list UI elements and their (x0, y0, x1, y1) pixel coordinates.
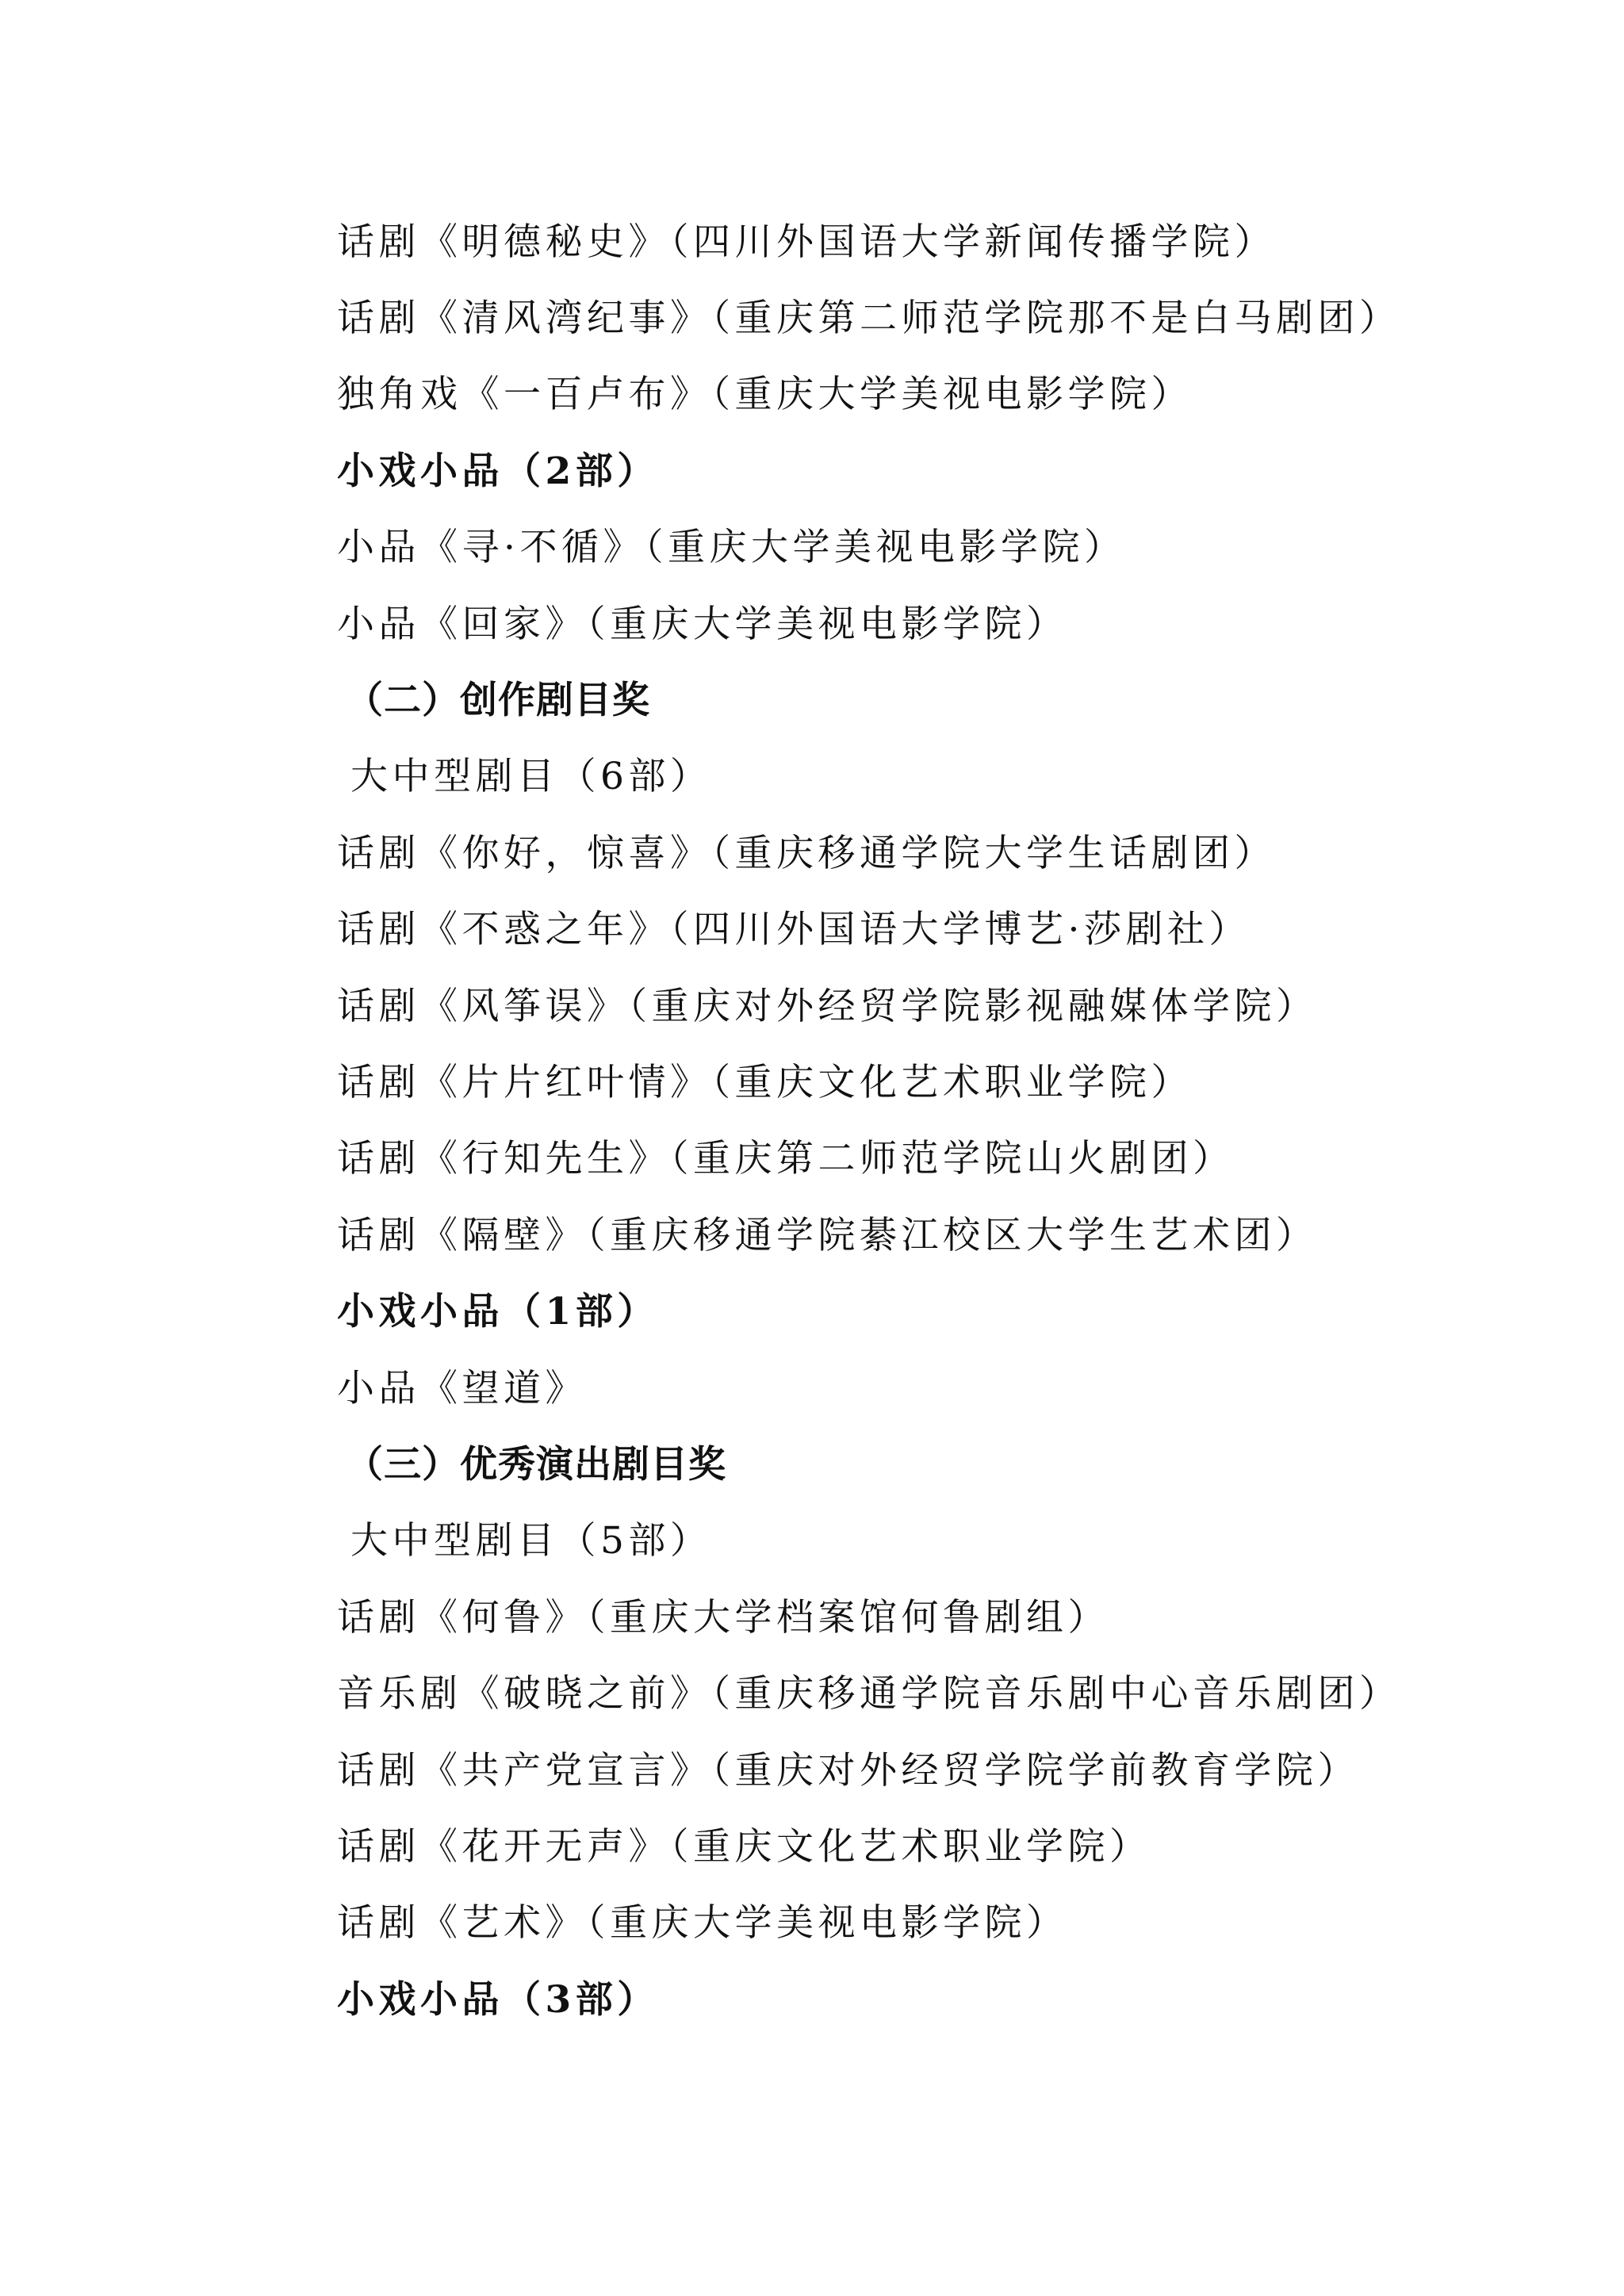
award-entry: 话剧《行知先生》（重庆第二师范学院山火剧团） (337, 1121, 1235, 1197)
award-entry: 话剧《何鲁》（重庆大学档案馆何鲁剧组） (337, 1580, 1109, 1656)
award-entry: 话剧《你好，惊喜》（重庆移通学院大学生话剧团） (337, 816, 1276, 892)
award-entry: 话剧《清风湾纪事》（重庆第二师范学院那不是白马剧团） (337, 281, 1401, 357)
award-entry: 话剧《隔壁》（重庆移通学院綦江校区大学生艺术团） (337, 1198, 1318, 1274)
award-entry: 话剧《花开无声》（重庆文化艺术职业学院） (337, 1809, 1151, 1885)
category-subheading: 大中型剧目（6部） (350, 739, 711, 815)
category-subheading: 大中型剧目（5部） (350, 1503, 711, 1579)
award-entry: 话剧《共产党宣言》（重庆对外经贸学院学前教育学院） (337, 1733, 1359, 1809)
award-entry: 小品《回家》（重庆大学美视电影学院） (337, 587, 1068, 663)
award-entry: 话剧《艺术》（重庆大学美视电影学院） (337, 1885, 1068, 1961)
section-heading: （二）创作剧目奖 (346, 663, 650, 739)
award-entry: 话剧《明德秘史》（四川外国语大学新闻传播学院） (337, 205, 1276, 281)
section-heading: （三）优秀演出剧目奖 (346, 1427, 726, 1503)
award-entry: 音乐剧《破晓之前》（重庆移通学院音乐剧中心音乐剧团） (337, 1656, 1401, 1732)
category-subheading: 小戏小品（3部） (337, 1962, 659, 2038)
document-page: 话剧《明德秘史》（四川外国语大学新闻传播学院） 话剧《清风湾纪事》（重庆第二师范… (0, 0, 1624, 2296)
category-subheading: 小戏小品（2部） (337, 434, 659, 510)
award-entry: 话剧《风筝误》（重庆对外经贸学院影视融媒体学院） (337, 969, 1318, 1045)
award-entry: 小品《寻·不循》（重庆大学美视电影学院） (337, 510, 1125, 586)
award-entry: 小品《望道》 (337, 1351, 587, 1427)
award-entry: 独角戏《一百卢布》（重庆大学美视电影学院） (337, 357, 1193, 433)
category-subheading: 小戏小品（1部） (337, 1274, 659, 1350)
award-entry: 话剧《不惑之年》（四川外国语大学博艺·莎剧社） (337, 892, 1251, 968)
award-entry: 话剧《片片红叶情》（重庆文化艺术职业学院） (337, 1045, 1193, 1121)
